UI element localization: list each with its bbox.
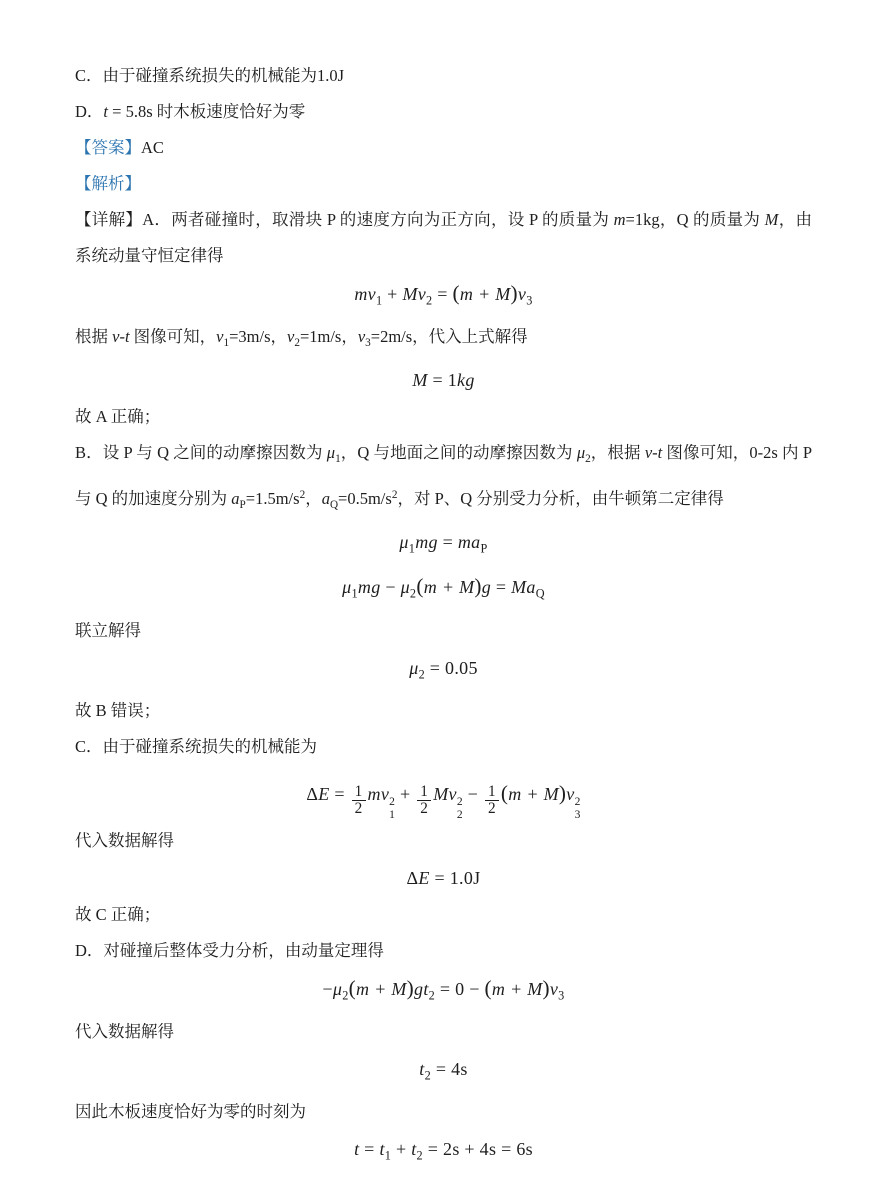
formula-mass-result: M = 1kg [75,361,812,399]
fraction: 12 [417,784,431,817]
option-d: D．t = 5.8s 时木板速度恰好为零 [75,94,812,130]
conclusion-b: 故 B 错误； [75,693,812,729]
formula-t2-result: t2 = 4s [75,1050,812,1094]
formula-impulse-theorem: −μ2(m + M)gt2 = 0 − (m + M)v3 [75,969,812,1014]
fraction: 12 [485,784,499,817]
para-substitute-c: 代入数据解得 [75,823,812,859]
document-page: C．由于碰撞系统损失的机械能为1.0J D．t = 5.8s 时木板速度恰好为零… [0,0,872,1177]
detail-paragraph-d: D．对碰撞后整体受力分析，由动量定理得 [75,933,812,969]
formula-newton-q: μ1mg − μ2(m + M)g = MaQ [75,567,812,612]
conclusion-c: 故 C 正确； [75,897,812,933]
para-vt-values: 根据 v-t 图像可知，v1=3m/s，v2=1m/s，v3=2m/s，代入上式… [75,319,812,361]
option-c: C．由于碰撞系统损失的机械能为1.0J [75,58,812,94]
formula-newton-p: μ1mg = maP [75,523,812,567]
answer-line: 【答案】AC [75,130,812,166]
analysis-label: 【解析】 [75,166,812,202]
formula-momentum-conservation: mv1 + Mv2 = (m + M)v3 [75,274,812,319]
para-solve-jointly: 联立解得 [75,613,812,649]
formula-total-time: t = t1 + t2 = 2s + 4s = 6s [75,1130,812,1174]
conclusion-a: 故 A 正确； [75,399,812,435]
detail-paragraph-c: C．由于碰撞系统损失的机械能为 [75,729,812,765]
para-final-time: 因此木板速度恰好为零的时刻为 [75,1094,812,1130]
sup-sub-stack: 23 [575,796,581,822]
detail-paragraph-a: 【详解】A．两者碰撞时，取滑块 P 的速度方向为正方向，设 P 的质量为 m=1… [75,202,812,274]
detail-paragraph-b: B．设 P 与 Q 之间的动摩擦因数为 μ1，Q 与地面之间的动摩擦因数为 μ2… [75,435,812,523]
formula-energy-value: ΔE = 1.0J [75,859,812,897]
formula-mu2-result: μ2 = 0.05 [75,649,812,693]
para-substitute-d: 代入数据解得 [75,1014,812,1050]
fraction: 12 [352,784,366,817]
formula-energy-loss: ΔE = 12mv21 + 12Mv22 − 12(m + M)v23 [75,765,812,823]
